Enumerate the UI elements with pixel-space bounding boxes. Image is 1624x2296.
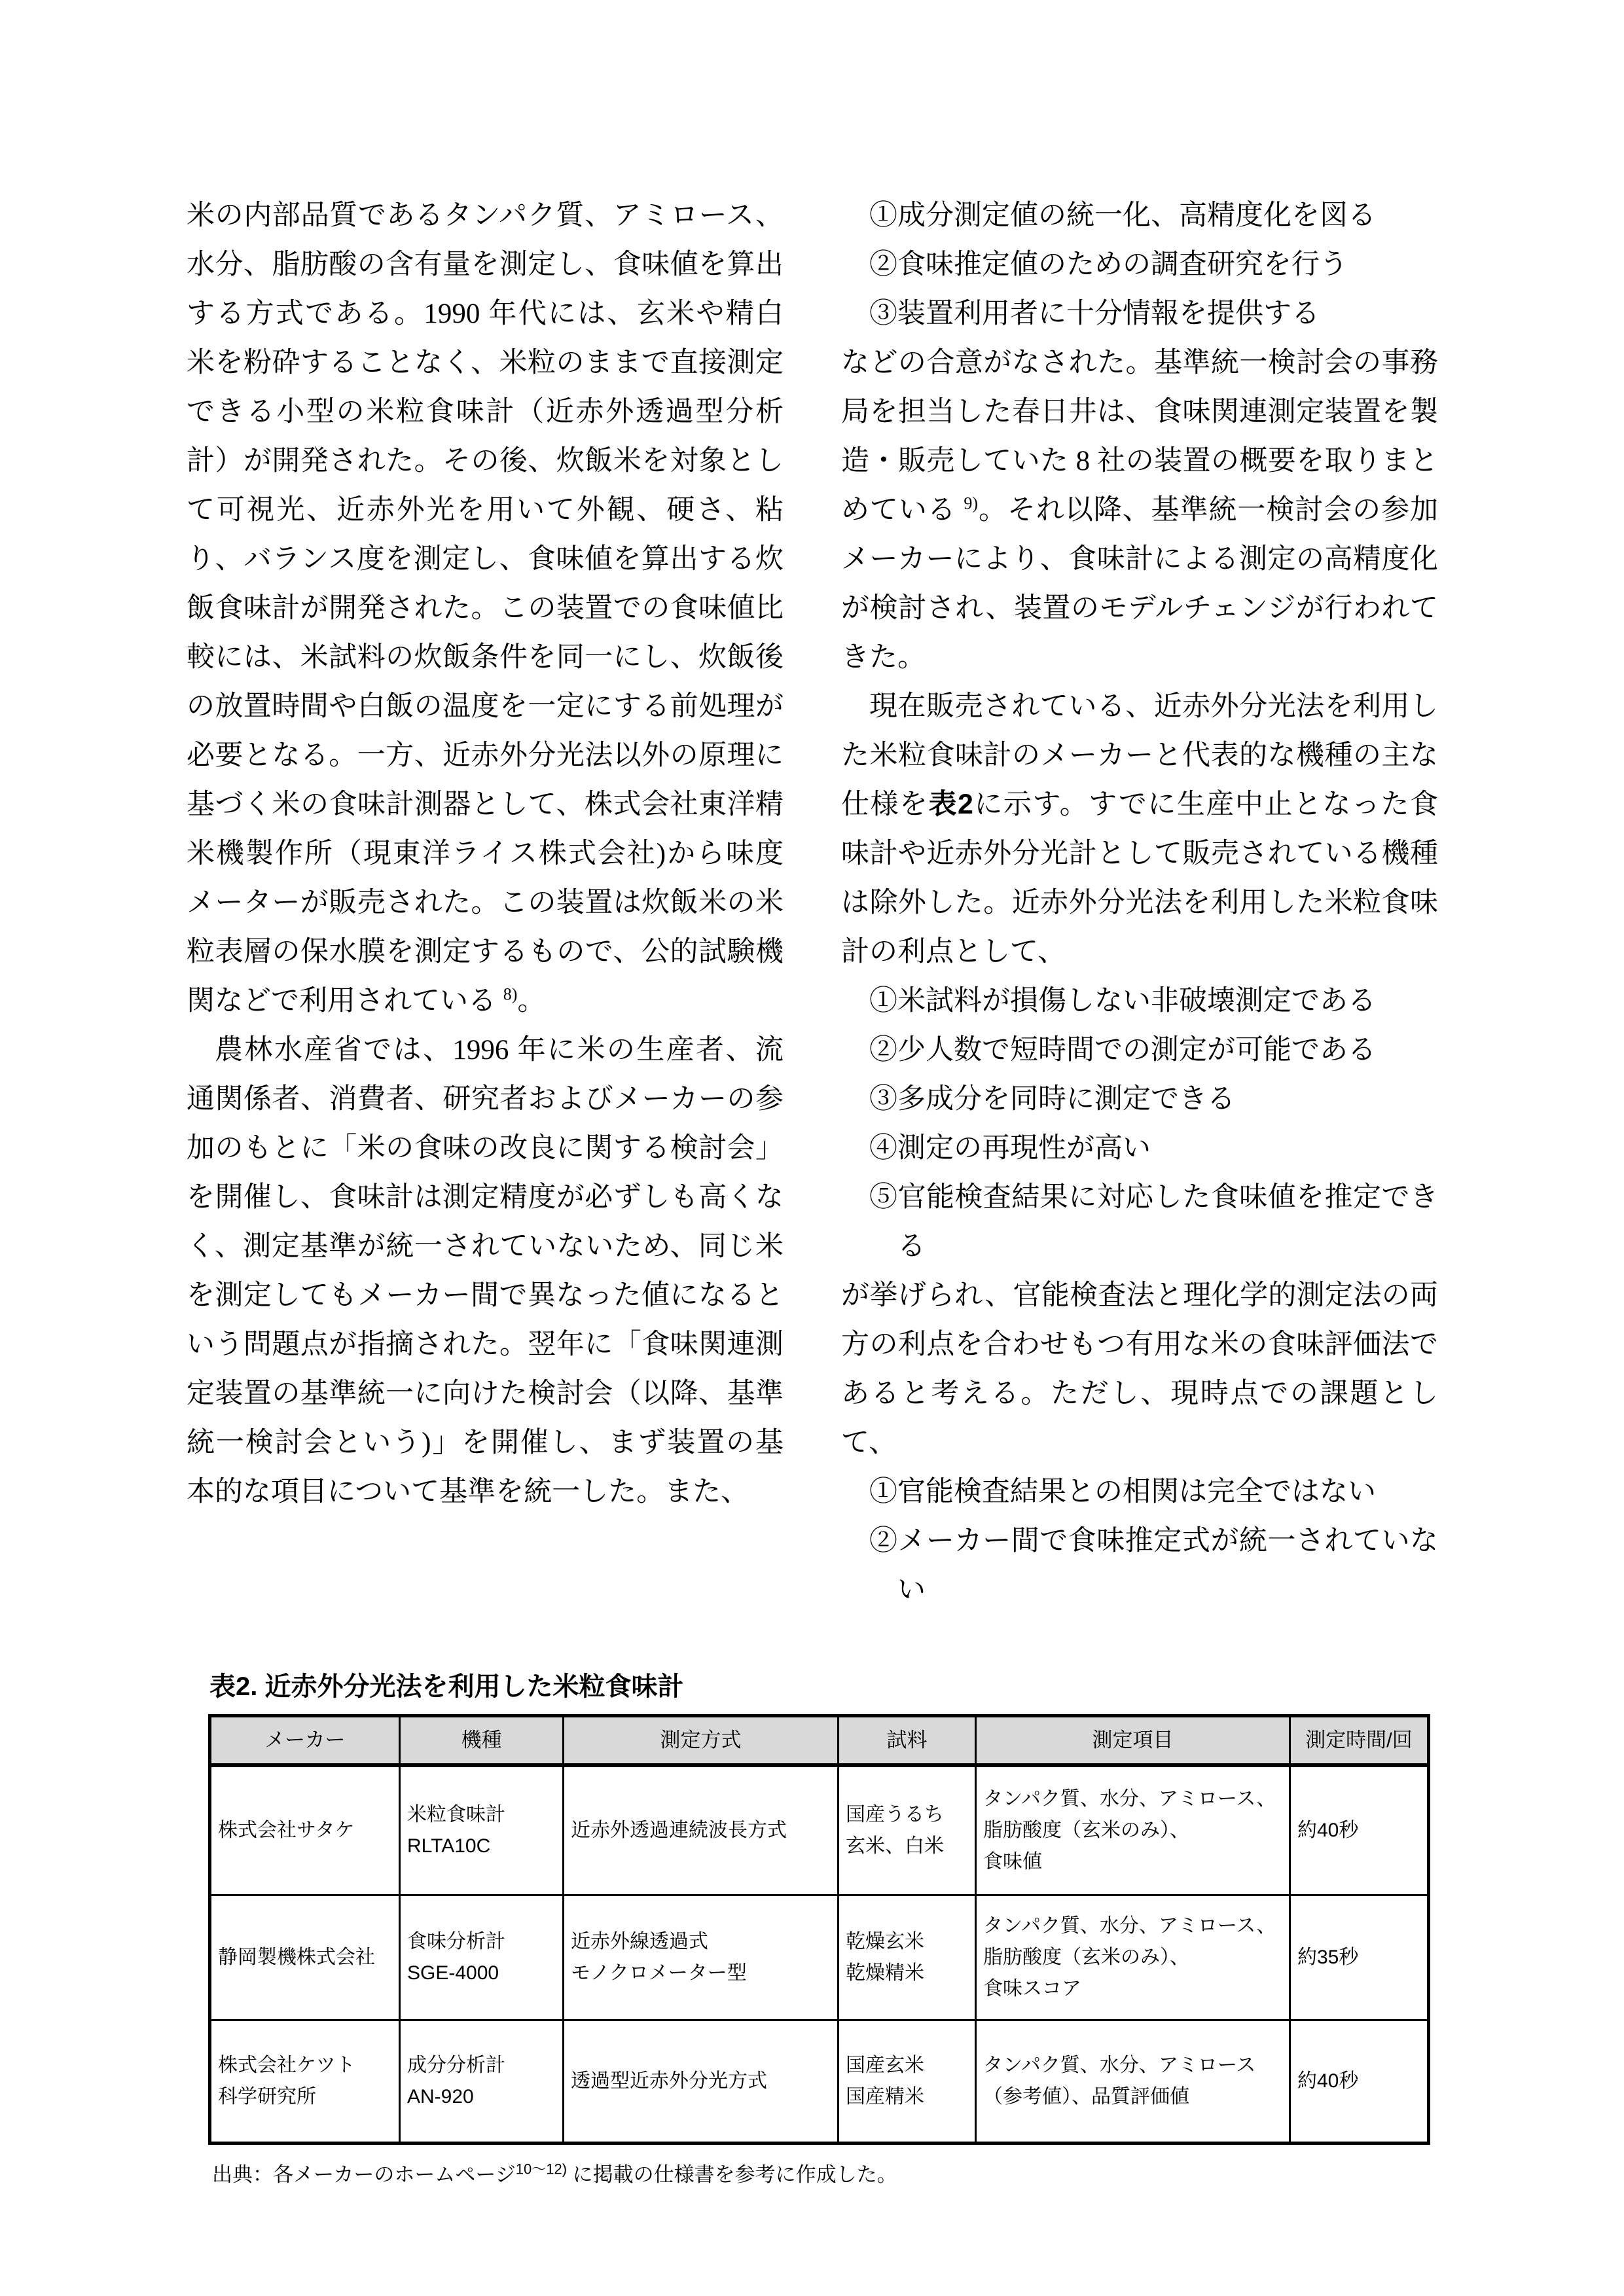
reference-superscript: 10～12) bbox=[516, 2161, 567, 2178]
cell-model: 食味分析計 SGE-4000 bbox=[400, 1895, 564, 2020]
paragraph-text: 米の内部品質であるタンパク質、アミロース、水分、脂肪酸の含有量を測定し、食味値を… bbox=[187, 200, 784, 1016]
table-reference: 表2 bbox=[929, 789, 973, 820]
body-paragraph: などの合意がなされた。基準統一検討会の事務局を担当した春日井は、食味関連測定装置… bbox=[841, 338, 1438, 682]
source-text: 出典：各メーカーのホームページ bbox=[212, 2163, 516, 2186]
cell-sample: 国産玄米 国産精米 bbox=[839, 2020, 976, 2144]
table-header-row: メーカー 機種 測定方式 試料 測定項目 測定時間/回 bbox=[210, 1716, 1429, 1766]
body-paragraph: 米の内部品質であるタンパク質、アミロース、水分、脂肪酸の含有量を測定し、食味値を… bbox=[187, 191, 784, 1026]
column-header-method: 測定方式 bbox=[564, 1716, 839, 1766]
cell-model: 成分分析計 AN-920 bbox=[400, 2020, 564, 2144]
numbered-list-item: ②少人数で短時間での測定が可能である bbox=[841, 1026, 1438, 1075]
cell-time: 約40秒 bbox=[1290, 1765, 1429, 1895]
table-row: 株式会社ケツト 科学研究所 成分分析計 AN-920 透過型近赤外分光方式 国産… bbox=[210, 2020, 1429, 2144]
cell-sample: 乾燥玄米 乾燥精米 bbox=[839, 1895, 976, 2020]
numbered-list-item: ③多成分を同時に測定できる bbox=[841, 1075, 1438, 1124]
paragraph-text: 。 bbox=[517, 986, 545, 1016]
document-page: 米の内部品質であるタンパク質、アミロース、水分、脂肪酸の含有量を測定し、食味値を… bbox=[0, 0, 1624, 2296]
column-header-items: 測定項目 bbox=[976, 1716, 1290, 1766]
table-source-note: 出典：各メーカーのホームページ10～12) に掲載の仕様書を参考に作成した。 bbox=[212, 2161, 1434, 2189]
cell-method: 透過型近赤外分光方式 bbox=[564, 2020, 839, 2144]
numbered-list-item: ①官能検査結果との相関は完全ではない bbox=[841, 1467, 1438, 1516]
numbered-list-item: ①成分測定値の統一化、高精度化を図る bbox=[841, 191, 1438, 240]
left-column: 米の内部品質であるタンパク質、アミロース、水分、脂肪酸の含有量を測定し、食味値を… bbox=[187, 191, 784, 1615]
body-paragraph: 現在販売されている、近赤外分光法を利用した米粒食味計のメーカーと代表的な機種の主… bbox=[841, 682, 1438, 977]
two-column-text: 米の内部品質であるタンパク質、アミロース、水分、脂肪酸の含有量を測定し、食味値を… bbox=[187, 191, 1440, 1615]
cell-items: タンパク質、水分、アミロース、 脂肪酸度（玄米のみ）、 食味スコア bbox=[976, 1895, 1290, 2020]
column-header-time: 測定時間/回 bbox=[1290, 1716, 1429, 1766]
numbered-list-item: ④測定の再現性が高い bbox=[841, 1124, 1438, 1173]
table-row: 静岡製機株式会社 食味分析計 SGE-4000 近赤外線透過式 モノクロメーター… bbox=[210, 1895, 1429, 2020]
source-text: に掲載の仕様書を参考に作成した。 bbox=[567, 2163, 897, 2186]
reference-superscript: 8) bbox=[503, 985, 518, 1004]
cell-sample: 国産うるち 玄米、白米 bbox=[839, 1765, 976, 1895]
cell-items: タンパク質、水分、アミロース、 脂肪酸度（玄米のみ）、 食味値 bbox=[976, 1765, 1290, 1895]
column-header-sample: 試料 bbox=[839, 1716, 976, 1766]
right-column: ①成分測定値の統一化、高精度化を図る ②食味推定値のための調査研究を行う ③装置… bbox=[841, 191, 1438, 1615]
cell-method: 近赤外透過連続波長方式 bbox=[564, 1765, 839, 1895]
cell-model: 米粒食味計 RLTA10C bbox=[400, 1765, 564, 1895]
cell-time: 約35秒 bbox=[1290, 1895, 1429, 2020]
numbered-list-item: ②食味推定値のための調査研究を行う bbox=[841, 240, 1438, 289]
cell-method: 近赤外線透過式 モノクロメーター型 bbox=[564, 1895, 839, 2020]
numbered-list-item: ②メーカー間で食味推定式が統一されていない bbox=[841, 1516, 1438, 1615]
column-header-maker: メーカー bbox=[210, 1716, 400, 1766]
cell-maker: 静岡製機株式会社 bbox=[210, 1895, 400, 2020]
cell-maker: 株式会社サタケ bbox=[210, 1765, 400, 1895]
spec-table: メーカー 機種 測定方式 試料 測定項目 測定時間/回 株式会社サタケ 米粒食味… bbox=[208, 1714, 1430, 2145]
table-section: 表2. 近赤外分光法を利用した米粒食味計 メーカー 機種 測定方式 試料 測定項… bbox=[208, 1671, 1434, 2189]
numbered-list-item: ⑤官能検査結果に対応した食味値を推定できる bbox=[841, 1173, 1438, 1271]
numbered-list-item: ③装置利用者に十分情報を提供する bbox=[841, 289, 1438, 338]
body-paragraph: が挙げられ、官能検査法と理化学的測定法の両方の利点を合わせもつ有用な米の食味評価… bbox=[841, 1271, 1438, 1467]
cell-maker: 株式会社ケツト 科学研究所 bbox=[210, 2020, 400, 2144]
cell-time: 約40秒 bbox=[1290, 2020, 1429, 2144]
numbered-list-item: ①米試料が損傷しない非破壊測定である bbox=[841, 977, 1438, 1026]
column-header-model: 機種 bbox=[400, 1716, 564, 1766]
reference-superscript: 9) bbox=[964, 494, 978, 513]
cell-items: タンパク質、水分、アミロース （参考値）、品質評価値 bbox=[976, 2020, 1290, 2144]
body-paragraph: 農林水産省では、1996 年に米の生産者、流通関係者、消費者、研究者およびメーカ… bbox=[187, 1026, 784, 1516]
table-row: 株式会社サタケ 米粒食味計 RLTA10C 近赤外透過連続波長方式 国産うるち … bbox=[210, 1765, 1429, 1895]
table-caption: 表2. 近赤外分光法を利用した米粒食味計 bbox=[209, 1671, 1434, 1702]
